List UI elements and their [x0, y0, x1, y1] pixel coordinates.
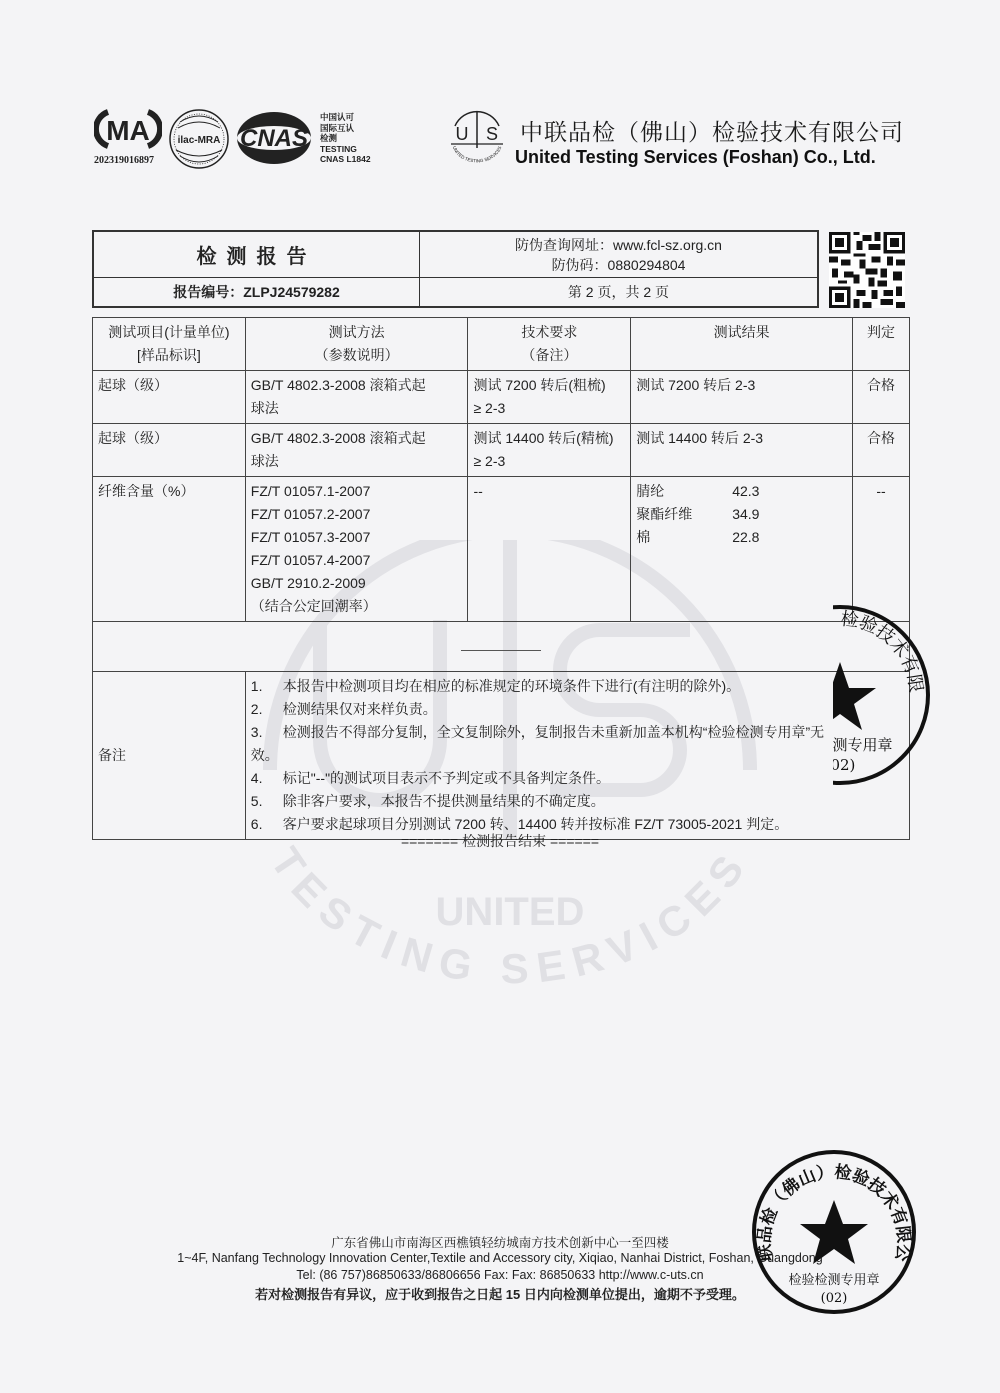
header-requirement: 技术要求（备注） — [468, 318, 631, 371]
uts-logo: U S UNITED TESTING SERVICES — [447, 108, 507, 168]
cma-number: 202319016897 — [94, 155, 154, 166]
table-row: 起球（级） GB/T 4802.3-2008 滚箱式起球法 测试 14400 转… — [93, 424, 910, 477]
cnas-logo: CNAS — [234, 110, 314, 166]
header-verdict: 判定 — [853, 318, 910, 371]
table-row: 起球（级） GB/T 4802.3-2008 滚箱式起球法 测试 7200 转后… — [93, 371, 910, 424]
svg-text:检验检测专用章: 检验检测专用章 — [788, 1272, 879, 1288]
company-name-en: United Testing Services (Foshan) Co., Lt… — [515, 147, 876, 168]
cma-logo: MA — [94, 108, 162, 150]
report-header-table: 检测报告 防伪查询网址：www.fcl-sz.org.cn 防伪码：088029… — [92, 230, 819, 308]
svg-text:CNAS: CNAS — [240, 125, 308, 152]
svg-text:U: U — [456, 124, 469, 144]
fiber-methods: FZ/T 01057.1-2007 FZ/T 01057.2-2007 FZ/T… — [245, 477, 468, 622]
row-verdict: 合格 — [853, 371, 910, 424]
fiber-item: 纤维含量（%） — [93, 477, 246, 622]
svg-text:UNITED: UNITED — [436, 890, 585, 934]
header-method: 测试方法（参数说明） — [245, 318, 468, 371]
row-requirement: 测试 7200 转后(粗梳)≥ 2-3 — [468, 371, 631, 424]
page-info: 第 2 页，共 2 页 — [420, 278, 817, 306]
row-method: GB/T 4802.3-2008 滚箱式起球法 — [245, 371, 468, 424]
anti-fake-code: 防伪码：0880294804 — [552, 255, 686, 275]
company-stamp-icon: 中联品检（佛山）检验技术有限公司 检验检测专用章 (02) — [748, 1146, 920, 1318]
row-item: 起球（级） — [93, 371, 246, 424]
anti-fake-url: 防伪查询网址：www.fcl-sz.org.cn — [515, 235, 722, 255]
svg-text:ilac-MRA: ilac-MRA — [178, 135, 221, 146]
row-requirement: 测试 14400 转后(精梳)≥ 2-3 — [468, 424, 631, 477]
svg-text:UNITED TESTING SERVICES: UNITED TESTING SERVICES — [452, 145, 503, 163]
anti-fake-info: 防伪查询网址：www.fcl-sz.org.cn 防伪码：0880294804 — [420, 232, 817, 278]
row-result: 测试 14400 转后 2-3 — [631, 424, 853, 477]
svg-text:检验检测专用章: 检验检测专用章 — [787, 736, 892, 754]
svg-text:TESTING SERVICES: TESTING SERVICES — [262, 839, 759, 993]
report-end-mark: ======= 检测报告结束 ====== — [0, 831, 1000, 851]
notes-label: 备注 — [93, 672, 246, 840]
inspection-stamp-icon: 中联品检（佛山）检验技术有限公司 检验检测专用章 (02) — [745, 600, 935, 790]
company-name-cn: 中联品检（佛山）检验技术有限公司 — [520, 114, 904, 147]
svg-text:MA: MA — [106, 115, 150, 146]
table-header-row: 测试项目(计量单位)[样品标识] 测试方法（参数说明） 技术要求（备注） 测试结… — [93, 318, 910, 371]
report-title: 检测报告 — [94, 232, 420, 278]
header-result: 测试结果 — [631, 318, 853, 371]
separator-line — [461, 650, 541, 651]
row-item: 起球（级） — [93, 424, 246, 477]
row-verdict: 合格 — [853, 424, 910, 477]
row-method: GB/T 4802.3-2008 滚箱式起球法 — [245, 424, 468, 477]
note-item: 5.除非客户要求，本报告不提供测量结果的不确定度。 — [251, 790, 904, 813]
qr-code-icon[interactable] — [829, 232, 905, 308]
header-item: 测试项目(计量单位)[样品标识] — [93, 318, 246, 371]
cnas-accreditation-text: 中国认可 国际互认 检测 TESTING CNAS L1842 — [320, 112, 371, 165]
fiber-requirement: -- — [468, 477, 631, 622]
report-number: 报告编号：ZLPJ24579282 — [94, 278, 420, 306]
svg-text:(02): (02) — [825, 756, 856, 774]
svg-text:(02): (02) — [821, 1291, 848, 1306]
svg-text:S: S — [486, 124, 498, 144]
row-result: 测试 7200 转后 2-3 — [631, 371, 853, 424]
ilac-mra-logo: ilac-MRA — [168, 108, 230, 170]
